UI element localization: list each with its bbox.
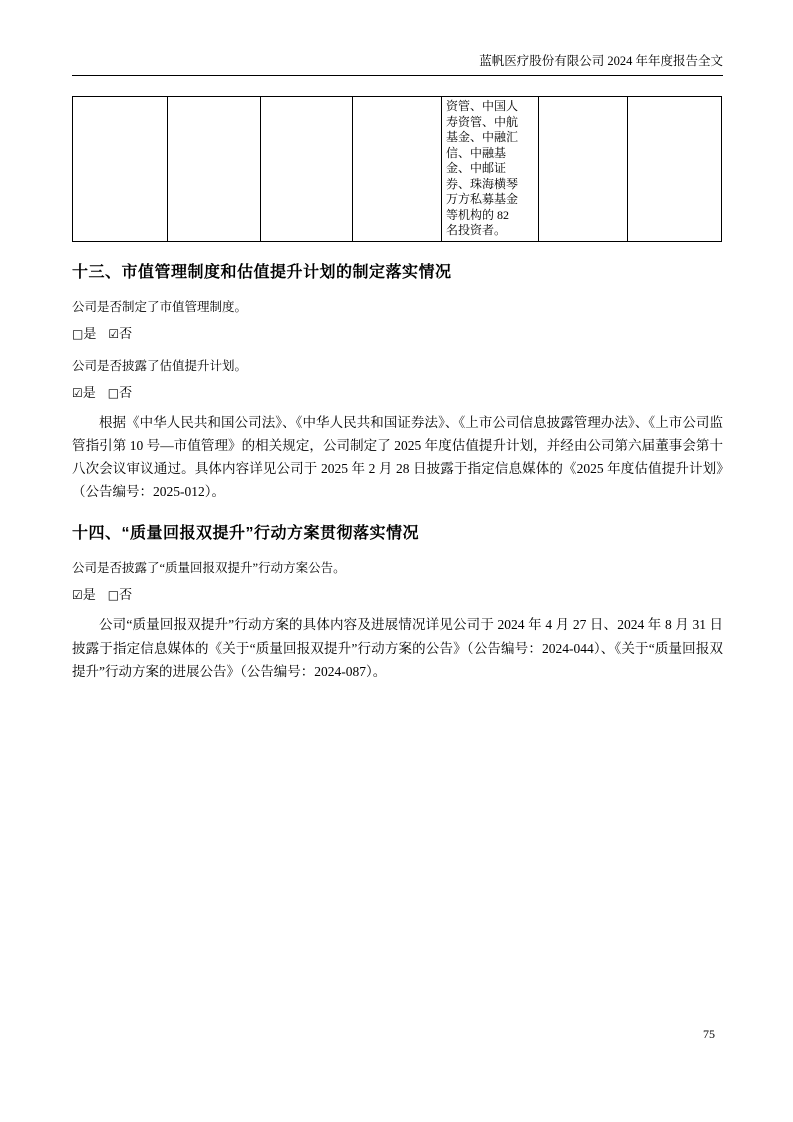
table-cell-4 xyxy=(353,97,442,242)
table-cell-1 xyxy=(73,97,168,242)
checkbox-unchecked-icon: □ xyxy=(72,327,83,341)
option-no-label: 否 xyxy=(119,385,132,400)
option-yes-label: 是 xyxy=(83,326,96,341)
section-13-q1-checkbox-row: □是☑否 xyxy=(72,326,723,342)
table-row: 资管、中国人 寿资管、中航 基金、中融汇 信、中融基 金、中邮证 券、珠海横琴 … xyxy=(73,97,722,242)
option-no-label: 否 xyxy=(119,326,132,341)
page-number: 75 xyxy=(703,1027,715,1041)
option-yes: ☑是 xyxy=(72,385,96,400)
option-yes: ☑是 xyxy=(72,587,96,602)
header-title: 蓝帆医疗股份有限公司 2024 年年度报告全文 xyxy=(479,54,723,68)
checkbox-checked-icon: ☑ xyxy=(72,386,83,400)
checkbox-unchecked-icon: □ xyxy=(108,588,119,602)
checkbox-checked-icon: ☑ xyxy=(108,327,119,341)
section-13-question-1: 公司是否制定了市值管理制度。 xyxy=(72,300,723,315)
checkbox-checked-icon: ☑ xyxy=(72,588,83,602)
option-no-label: 否 xyxy=(119,587,132,602)
table-cell-6 xyxy=(539,97,628,242)
section-13-question-2: 公司是否披露了估值提升计划。 xyxy=(72,359,723,374)
section-13-q2-checkbox-row: ☑是□否 xyxy=(72,385,723,401)
option-no: ☑否 xyxy=(108,326,132,341)
report-page: 蓝帆医疗股份有限公司 2024 年年度报告全文 资管、中国人 寿资管、中航 基金… xyxy=(0,0,793,1122)
section-14-paragraph: 公司“质量回报双提升”行动方案的具体内容及进展情况详见公司于 2024 年 4 … xyxy=(72,613,723,683)
table-cell-investors: 资管、中国人 寿资管、中航 基金、中融汇 信、中融基 金、中邮证 券、珠海横琴 … xyxy=(442,97,539,242)
page-header: 蓝帆医疗股份有限公司 2024 年年度报告全文 xyxy=(72,0,723,76)
option-no: □否 xyxy=(108,385,132,400)
section-14-heading: 十四、“质量回报双提升”行动方案贯彻落实情况 xyxy=(72,524,723,544)
investor-table: 资管、中国人 寿资管、中航 基金、中融汇 信、中融基 金、中邮证 券、珠海横琴 … xyxy=(72,96,722,242)
table-cell-3 xyxy=(261,97,353,242)
section-14-question-1: 公司是否披露了“质量回报双提升”行动方案公告。 xyxy=(72,561,723,576)
option-no: □否 xyxy=(108,587,132,602)
section-13-heading: 十三、市值管理制度和估值提升计划的制定落实情况 xyxy=(72,263,723,283)
table-cell-2 xyxy=(168,97,261,242)
option-yes-label: 是 xyxy=(83,587,96,602)
checkbox-unchecked-icon: □ xyxy=(108,386,119,400)
table-cell-7 xyxy=(628,97,722,242)
option-yes: □是 xyxy=(72,326,96,341)
option-yes-label: 是 xyxy=(83,385,96,400)
section-14-q1-checkbox-row: ☑是□否 xyxy=(72,587,723,603)
section-13-paragraph: 根据《中华人民共和国公司法》、《中华人民共和国证券法》、《上市公司信息披露管理办… xyxy=(72,411,723,504)
page-content: 蓝帆医疗股份有限公司 2024 年年度报告全文 资管、中国人 寿资管、中航 基金… xyxy=(72,0,723,683)
investor-list-text: 资管、中国人 寿资管、中航 基金、中融汇 信、中融基 金、中邮证 券、珠海横琴 … xyxy=(446,99,534,239)
